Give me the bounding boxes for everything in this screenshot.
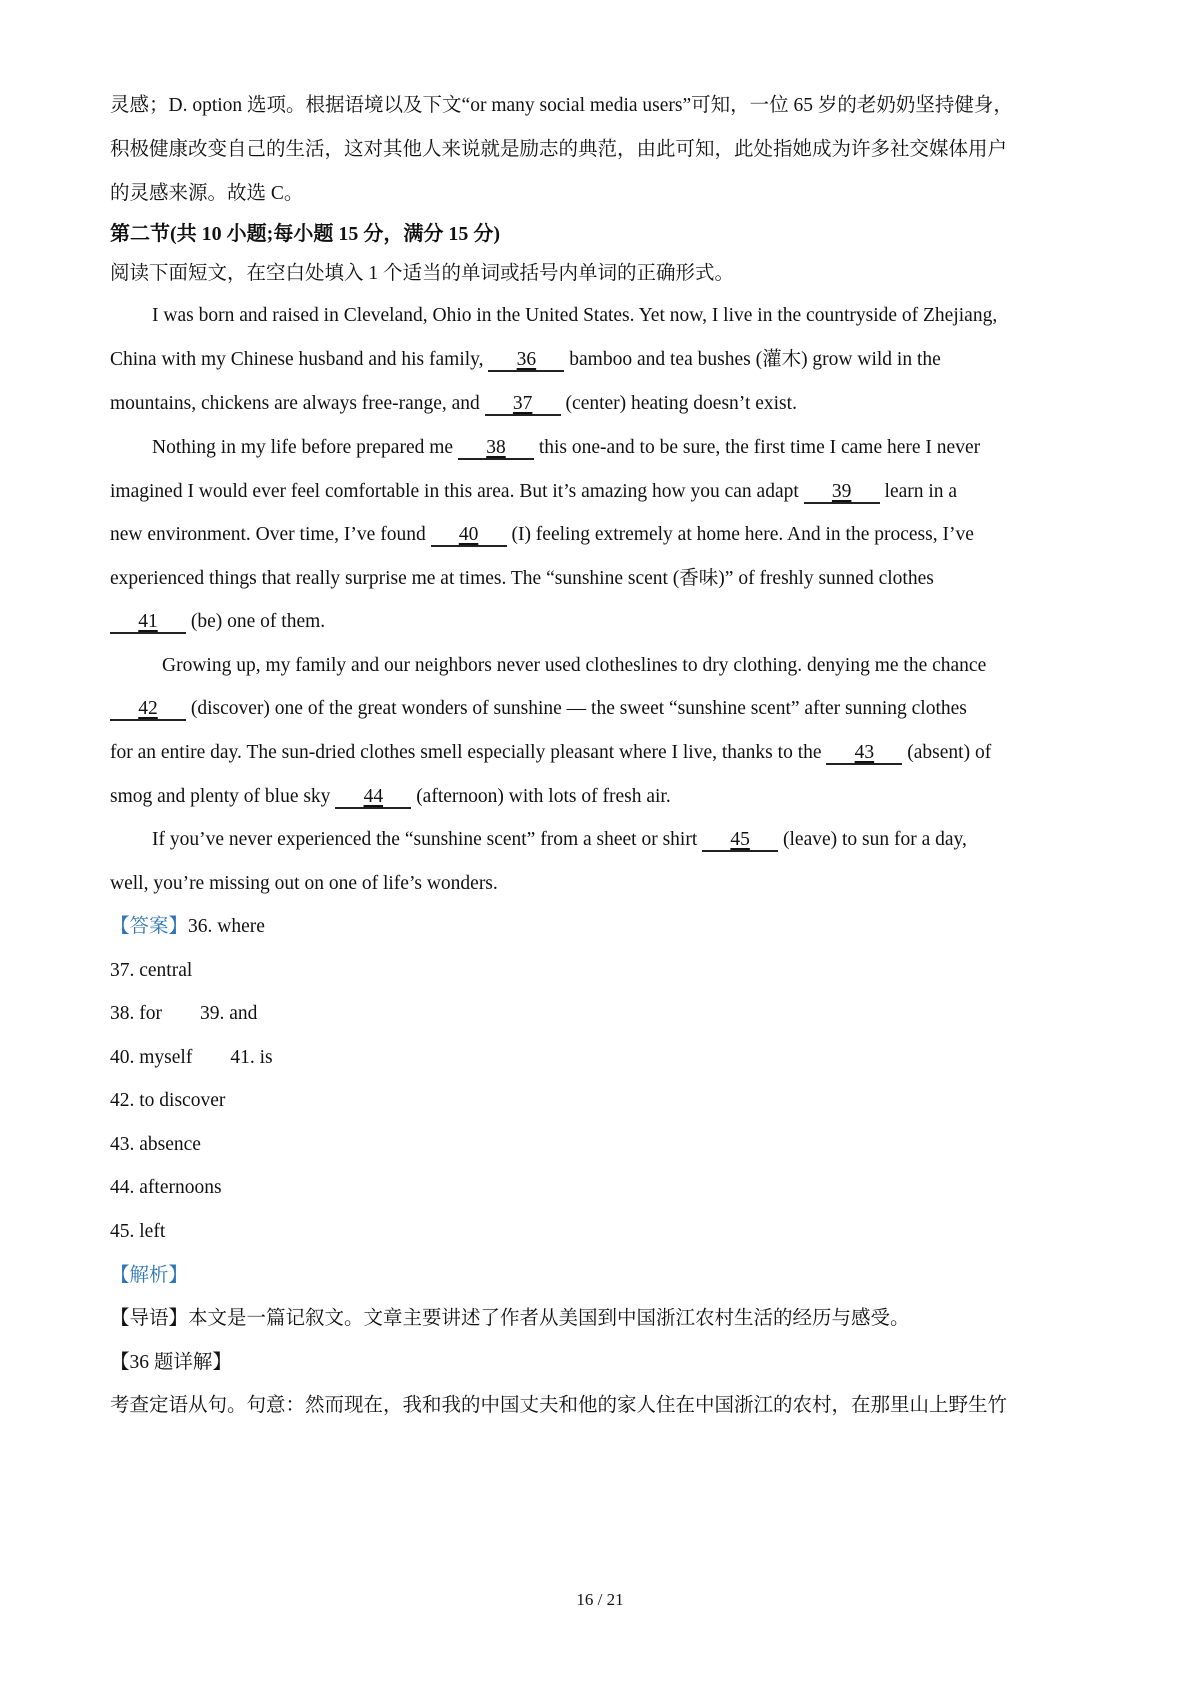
- text: (discover) one of the great wonders of s…: [186, 698, 967, 719]
- passage-line-2: China with my Chinese husband and his fa…: [110, 348, 941, 372]
- text: mountains, chickens are always free-rang…: [110, 393, 485, 414]
- answer-40: 40. myself: [110, 1047, 192, 1068]
- text: (be) one of them.: [186, 611, 325, 632]
- passage-line-7: experienced things that really surprise …: [110, 567, 934, 591]
- blank-36: 36: [488, 350, 564, 372]
- answer-37: 37. central: [110, 959, 192, 983]
- analysis-label: 【解析】: [110, 1264, 188, 1288]
- blank-43: 43: [826, 743, 902, 765]
- blank-45: 45: [702, 830, 778, 852]
- text: for an entire day. The sun-dried clothes…: [110, 742, 826, 763]
- text: If you’ve never experienced the “sunshin…: [152, 829, 702, 850]
- section-instruction: 阅读下面短文，在空白处填入 1 个适当的单词或括号内单词的正确形式。: [110, 262, 734, 286]
- passage-line-10: 42 (discover) one of the great wonders o…: [110, 697, 967, 721]
- blank-40: 40: [431, 525, 507, 547]
- passage-line-13: If you’ve never experienced the “sunshin…: [152, 828, 967, 852]
- answer-38: 38. for: [110, 1003, 162, 1024]
- passage-line-1: I was born and raised in Cleveland, Ohio…: [152, 304, 997, 328]
- text: (afternoon) with lots of fresh air.: [411, 786, 670, 807]
- prev-explanation-line-2: 积极健康改变自己的生活，这对其他人来说就是励志的典范，由此可知，此处指她成为许多…: [110, 138, 1007, 162]
- text: smog and plenty of blue sky: [110, 786, 335, 807]
- passage-line-12: smog and plenty of blue sky 44 (afternoo…: [110, 785, 671, 809]
- blank-44: 44: [335, 787, 411, 809]
- answer-line-36: 【答案】36. where: [110, 915, 265, 939]
- page-number: 16 / 21: [0, 1590, 1200, 1610]
- blank-42: 42: [110, 699, 186, 721]
- passage-line-3: mountains, chickens are always free-rang…: [110, 392, 797, 416]
- passage-line-4: Nothing in my life before prepared me 38…: [152, 436, 980, 460]
- text: imagined I would ever feel comfortable i…: [110, 481, 804, 502]
- prev-explanation-line-3: 的灵感来源。故选 C。: [110, 182, 303, 206]
- passage-line-9: Growing up, my family and our neighbors …: [162, 654, 986, 678]
- q36-heading: 【36 题详解】: [110, 1351, 232, 1375]
- text: learn in a: [880, 481, 957, 502]
- text: new environment. Over time, I’ve found: [110, 524, 431, 545]
- answer-39: 39. and: [200, 1003, 257, 1024]
- answer-line-38-39: 38. for39. and: [110, 1002, 257, 1026]
- text: this one-and to be sure, the first time …: [534, 437, 980, 458]
- blank-41: 41: [110, 612, 186, 634]
- passage-line-5: imagined I would ever feel comfortable i…: [110, 480, 957, 504]
- text: China with my Chinese husband and his fa…: [110, 349, 488, 370]
- answer-42: 42. to discover: [110, 1089, 225, 1113]
- analysis-intro: 【导语】本文是一篇记叙文。文章主要讲述了作者从美国到中国浙江农村生活的经历与感受…: [110, 1307, 910, 1331]
- text: (I) feeling extremely at home here. And …: [507, 524, 974, 545]
- prev-explanation-line-1: 灵感；D. option 选项。根据语境以及下文“or many social …: [110, 94, 1013, 118]
- section-heading: 第二节(共 10 小题;每小题 15 分，满分 15 分): [110, 222, 500, 246]
- passage-line-8: 41 (be) one of them.: [110, 610, 325, 634]
- text: Nothing in my life before prepared me: [152, 437, 458, 458]
- passage-line-14: well, you’re missing out on one of life’…: [110, 872, 498, 896]
- answer-label: 【答案】: [110, 916, 188, 937]
- text: (absent) of: [902, 742, 991, 763]
- answer-36: 36. where: [188, 916, 265, 937]
- answer-43: 43. absence: [110, 1133, 201, 1157]
- answer-line-40-41: 40. myself41. is: [110, 1046, 273, 1070]
- answer-41: 41. is: [230, 1047, 272, 1068]
- blank-37: 37: [485, 394, 561, 416]
- text: bamboo and tea bushes (灌木) grow wild in …: [564, 349, 940, 370]
- answer-45: 45. left: [110, 1220, 165, 1244]
- passage-line-6: new environment. Over time, I’ve found 4…: [110, 523, 974, 547]
- passage-line-11: for an entire day. The sun-dried clothes…: [110, 741, 991, 765]
- blank-39: 39: [804, 482, 880, 504]
- text: (center) heating doesn’t exist.: [561, 393, 797, 414]
- text: (leave) to sun for a day,: [778, 829, 967, 850]
- q36-text: 考查定语从句。句意：然而现在，我和我的中国丈夫和他的家人住在中国浙江的农村，在那…: [110, 1394, 1007, 1418]
- blank-38: 38: [458, 438, 534, 460]
- answer-44: 44. afternoons: [110, 1176, 222, 1200]
